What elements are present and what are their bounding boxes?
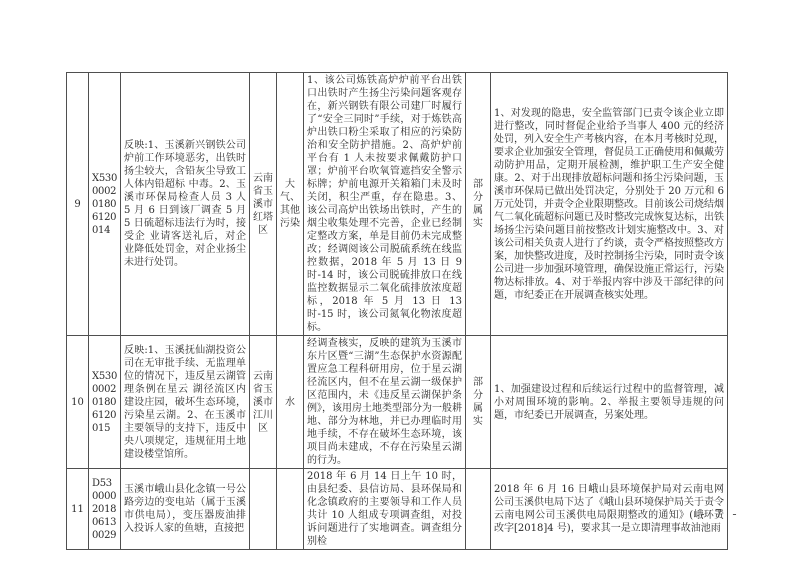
- row-index: 10: [67, 336, 89, 469]
- table-row: 10 X530000201806120015 反映:1、玉溪抚仙湖投资公司在无审…: [67, 336, 728, 469]
- page-number: - 7 -: [690, 506, 750, 521]
- case-number: D530000201806130029: [89, 469, 121, 550]
- handling-measures: 1、对发现的隐患，安全监管部门已责令该企业立即进行整改，同时督促企业给予当事人 …: [491, 73, 728, 336]
- handling-measures: 1、加强建设过程和后续运行过程中的监督管理，减小对周围环境的影响。2、举报主要领…: [491, 336, 728, 469]
- row-index: 9: [67, 73, 89, 336]
- pollution-type: 大气、其他污染: [277, 73, 304, 336]
- pollution-type: 水: [277, 336, 304, 469]
- investigation-result: 1、该公司炼铁高炉炉前平台出铁口出铁时产生扬尘污染问题客观存在，新兴钢铁有限公司…: [304, 73, 466, 336]
- region: [250, 469, 277, 550]
- investigation-result: 经调查核实，反映的建筑为玉溪市东片区暨“三湖”生态保护水资源配置应急工程科研用房…: [304, 336, 466, 469]
- complaint-text: 反映:1、玉溪抚仙湖投资公司在无审批手续、无监理单位的情况下，违反星云湖管理条例…: [121, 336, 250, 469]
- table-row: 9 X530000201806120014 反映:1、玉溪新兴钢铁公司炉前工作环…: [67, 73, 728, 336]
- verification-status: 部分属实: [466, 336, 491, 469]
- table-row: 11 D530000201806130029 玉溪市峨山县化念镇一号公路旁边的变…: [67, 469, 728, 550]
- pollution-type: [277, 469, 304, 550]
- document-page: 9 X530000201806120014 反映:1、玉溪新兴钢铁公司炉前工作环…: [0, 0, 800, 565]
- complaint-handling-table: 9 X530000201806120014 反映:1、玉溪新兴钢铁公司炉前工作环…: [66, 72, 728, 550]
- complaint-text: 反映:1、玉溪新兴钢铁公司炉前工作环境恶劣，出铁时扬尘较大，含铅灰尘导致工人体内…: [121, 73, 250, 336]
- row-index: 11: [67, 469, 89, 550]
- verification-status: [466, 469, 491, 550]
- complaint-text: 玉溪市峨山县化念镇一号公路旁边的变电站（属于玉溪市供电局），变压器废油排入投诉人…: [121, 469, 250, 550]
- region: 云南省玉溪市红塔区: [250, 73, 277, 336]
- investigation-result: 2018 年 6 月 14 日上午 10 时，由县纪委、县信访局、县环保局和化念…: [304, 469, 466, 550]
- verification-status: 部分属实: [466, 73, 491, 336]
- region: 云南省玉溪市江川区: [250, 336, 277, 469]
- case-number: X530000201806120014: [89, 73, 121, 336]
- case-number: X530000201806120015: [89, 336, 121, 469]
